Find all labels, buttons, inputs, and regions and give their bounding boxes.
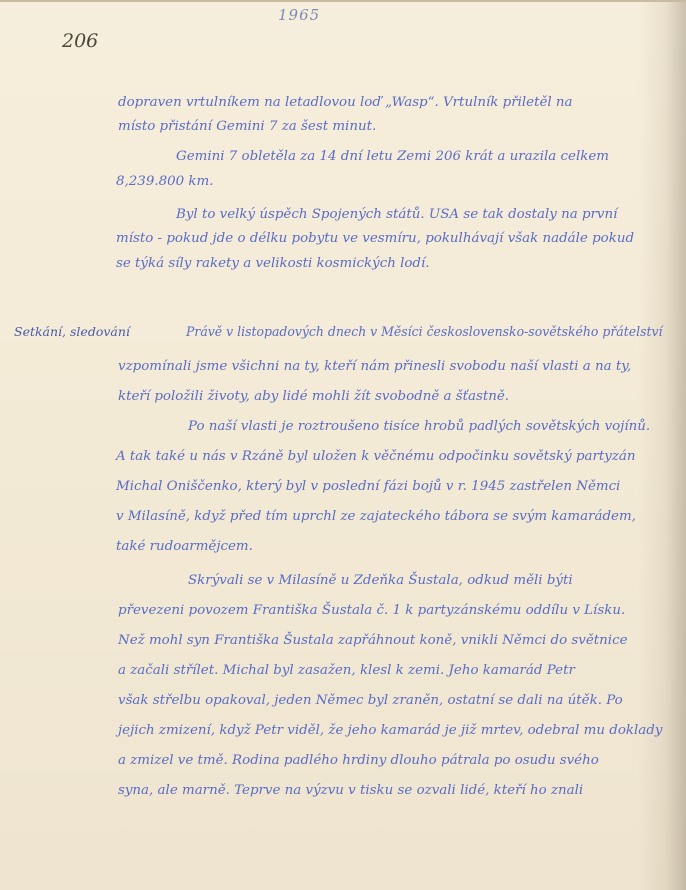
text-line: a začali střílet. Michal byl zasažen, kl… <box>118 664 575 677</box>
text-line: dopraven vrtulníkem na letadlovou loď „W… <box>118 96 608 109</box>
text-line: jejich zmizení, když Petr viděl, že jeho… <box>118 724 662 737</box>
text-line: Michal Oniščenko, který byl v poslední f… <box>116 480 620 493</box>
text-line: místo přistání Gemini 7 za šest minut. <box>118 120 376 133</box>
text-line: místo - pokud jde o délku pobytu ve vesm… <box>116 232 634 245</box>
page-edge <box>0 0 686 2</box>
text-line: 8,239.800 km. <box>116 175 213 188</box>
text-line: v Milasíně, když před tím uprchl ze zaja… <box>116 510 636 523</box>
text-line: a zmizel ve tmě. Rodina padlého hrdiny d… <box>118 754 599 767</box>
text-line: A tak také u nás v Rzáně byl uložen k vě… <box>116 450 636 463</box>
text-line: Byl to velký úspěch Spojených států. USA… <box>176 208 617 221</box>
text-line: vzpomínali jsme všichni na ty, kteří nám… <box>118 360 631 373</box>
margin-note: Setkání, sledování <box>14 324 130 339</box>
text-line: převezeni povozem Františka Šustala č. 1… <box>118 604 625 617</box>
text-line: Skrývali se v Milasíně u Zdeňka Šustala,… <box>188 574 573 587</box>
text-line: syna, ale marně. Teprve na výzvu v tisku… <box>118 784 583 797</box>
manuscript-page: 1965 206 Setkání, sledování dopraven vrt… <box>0 0 686 890</box>
text-line: kteří položili životy, aby lidé mohli ží… <box>118 390 509 403</box>
text-line: Právě v listopadových dnech v Měsíci čes… <box>186 326 663 339</box>
text-line: se týká síly rakety a velikosti kosmický… <box>116 257 430 270</box>
year-header: 1965 <box>278 6 320 24</box>
text-line: Než mohl syn Františka Šustala zapřáhnou… <box>118 634 628 647</box>
page-number: 206 <box>62 30 98 52</box>
text-line: také rudoarmějcem. <box>116 540 253 553</box>
text-line: však střelbu opakoval, jeden Němec byl z… <box>118 694 623 707</box>
text-line: Po naší vlasti je roztroušeno tisíce hro… <box>188 420 650 433</box>
text-line: Gemini 7 obletěla za 14 dní letu Zemi 20… <box>176 150 609 163</box>
